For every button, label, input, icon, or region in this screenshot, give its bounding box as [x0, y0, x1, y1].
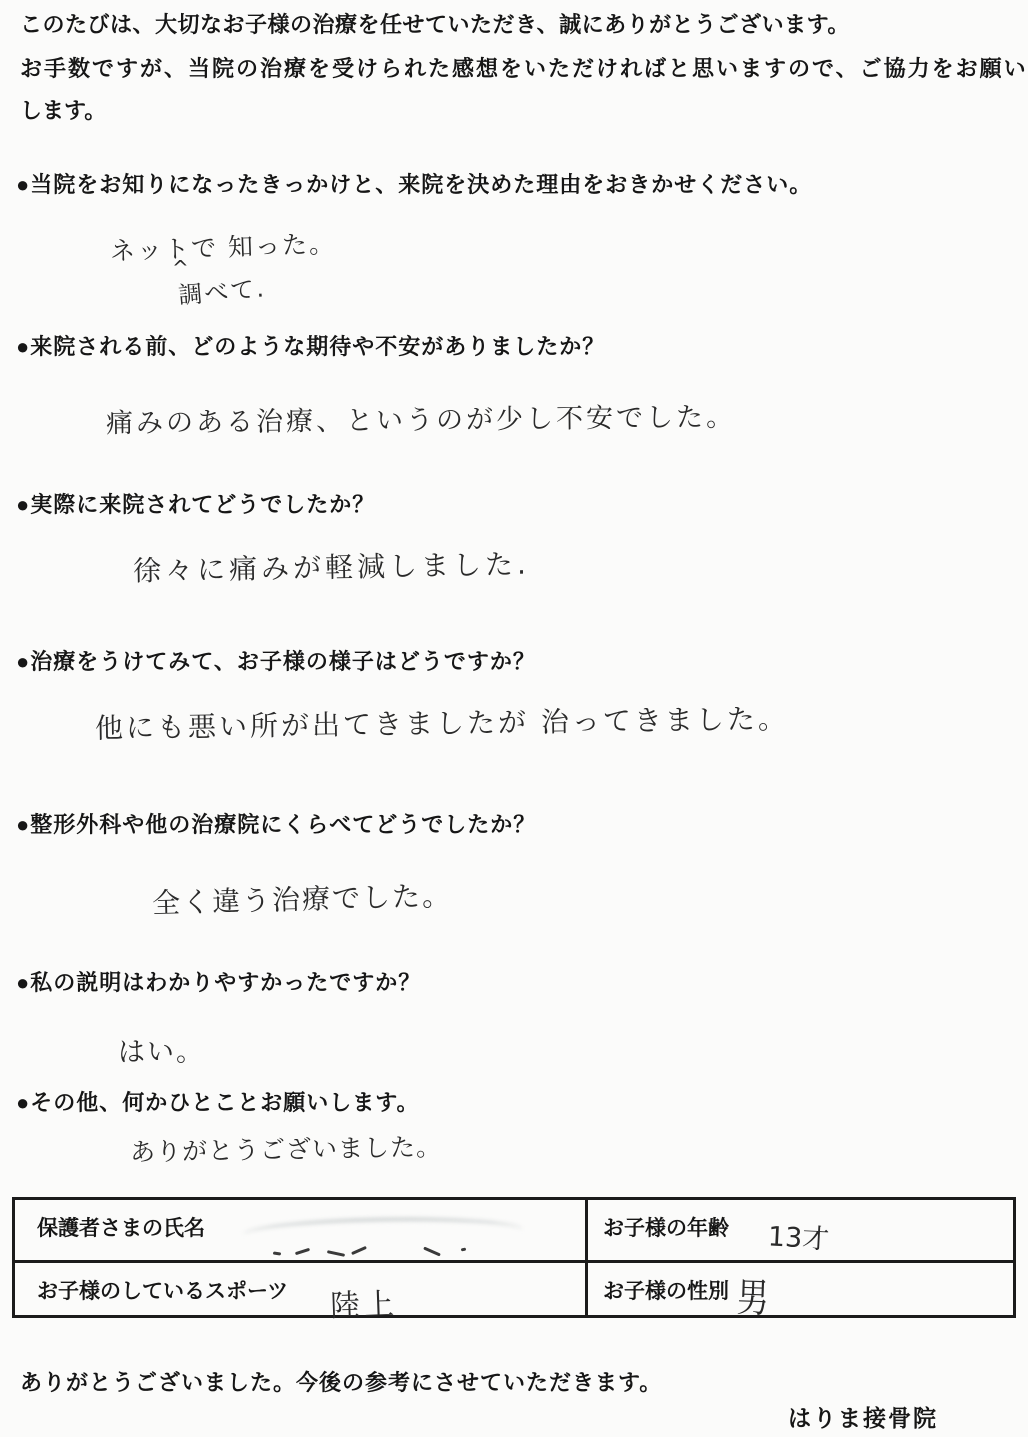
- answer-1-insertion: 調べて.: [177, 268, 267, 311]
- intro-line-2: お手数ですが、当院の治療を受けられた感想をいただければと思いますので、ご協力をお…: [20, 52, 1028, 83]
- pen-stroke: [351, 1246, 367, 1255]
- pen-stroke: [295, 1248, 310, 1255]
- pen-stroke: [273, 1251, 281, 1255]
- guardian-name-redacted: [243, 1210, 533, 1265]
- question-5: ●整形外科や他の治療院にくらべてどうでしたか？: [16, 808, 536, 839]
- closing-note: ありがとうございました。今後の参考にさせていただきます。: [20, 1366, 662, 1397]
- question-2: ●来院される前、どのような期待や不安がありましたか？: [16, 330, 605, 361]
- question-4: ●治療をうけてみて、お子様の様子はどうですか？: [16, 645, 536, 676]
- child-sport-value: 陸上: [329, 1279, 398, 1325]
- table-row-1: 保護者さまの氏名 お子様の年齢: [15, 1200, 1013, 1263]
- answer-1: ネットで 知った。: [109, 224, 336, 268]
- questionnaire-scan: このたびは、大切なお子様の治療を任せていただき、誠にありがとうございます。 お手…: [0, 0, 1028, 1437]
- answer-7: ありがとうございました。: [130, 1127, 443, 1168]
- question-1: ●当院をお知りになったきっかけと、来院を決めた理由をおきかせください。: [16, 168, 812, 199]
- answer-5: 全く違う治療でした。: [152, 874, 453, 922]
- info-table: 保護者さまの氏名 お子様の年齢 お子様のしているスポーツ お子様の性別: [12, 1197, 1016, 1318]
- intro-line-3: します。: [20, 94, 106, 125]
- question-3: ●実際に来院されてどうでしたか？: [16, 488, 375, 519]
- question-6: ●私の説明はわかりやすかったですか？: [16, 966, 421, 997]
- erased-smear: [243, 1216, 523, 1250]
- answer-4: 他にも悪い所が出てきましたが 治ってきました。: [95, 697, 789, 747]
- answer-6: はい。: [118, 1030, 205, 1069]
- pen-stroke: [327, 1250, 345, 1257]
- clinic-signature: はりま接骨院: [788, 1400, 938, 1433]
- intro-line-1: このたびは、大切なお子様の治療を任せていただき、誠にありがとうございます。: [20, 8, 850, 39]
- pen-stroke: [423, 1246, 441, 1256]
- child-gender-label: お子様の性別: [603, 1275, 729, 1305]
- pen-stroke: [461, 1248, 467, 1252]
- answer-2: 痛みのある治療、というのが少し不安でした。: [106, 395, 736, 441]
- child-age-label: お子様の年齢: [603, 1212, 729, 1242]
- child-gender-value: 男: [736, 1266, 770, 1325]
- answer-3: 徐々に痛みが軽減しました.: [133, 543, 531, 590]
- child-age-value: 13才: [767, 1214, 830, 1256]
- question-7: ●その他、何かひとことお願いします。: [16, 1086, 420, 1117]
- table-row-2: お子様のしているスポーツ お子様の性別: [15, 1263, 1013, 1318]
- guardian-name-label: 保護者さまの氏名: [37, 1212, 205, 1242]
- child-sport-label: お子様のしているスポーツ: [37, 1275, 288, 1305]
